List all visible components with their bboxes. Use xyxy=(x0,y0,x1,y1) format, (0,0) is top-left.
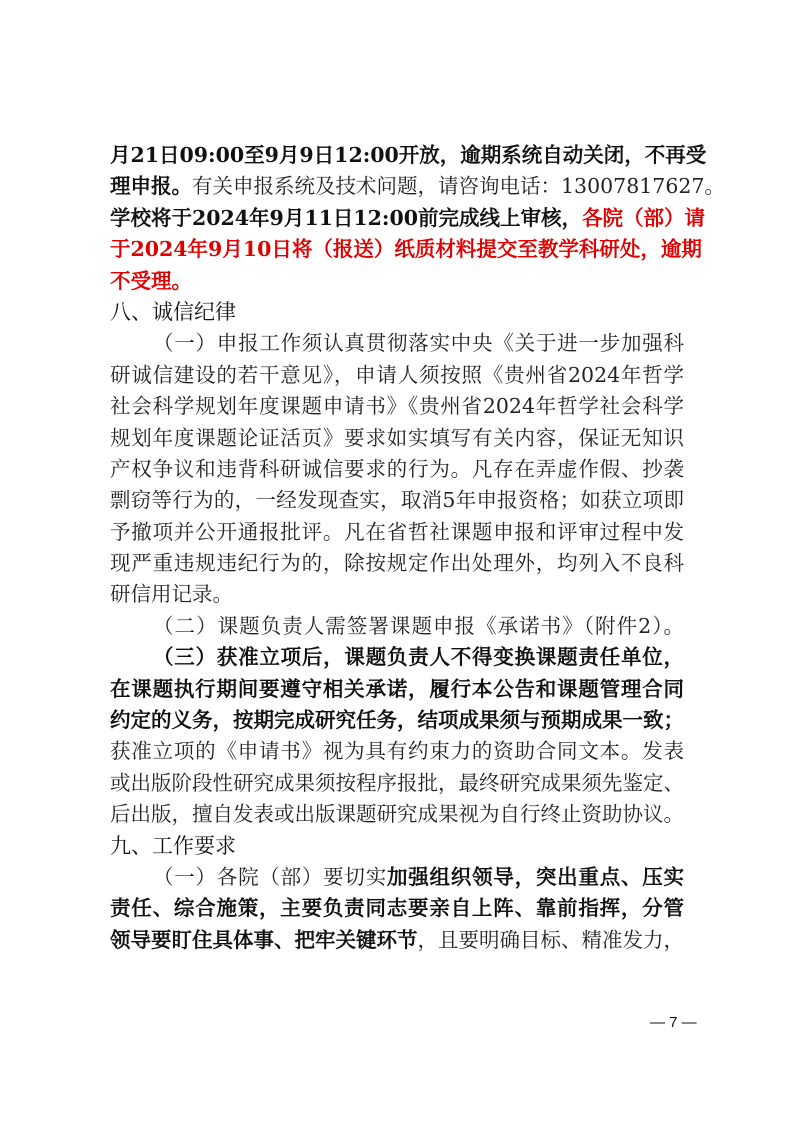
text-line: 学校将于2024年9月11日12:00前完成线上审核，各院（部）请 xyxy=(110,203,684,234)
body-text: （二）课题负责人需签署课题申报《承诺书》（附件2）。 xyxy=(153,614,684,638)
section-heading: 八、诚信纪律 xyxy=(110,297,684,328)
highlighted-text: 不受理。 xyxy=(110,269,192,293)
text-line: （二）课题负责人需签署课题申报《承诺书》（附件2）。 xyxy=(110,611,684,642)
body-text: （一）各院（部）要切实 xyxy=(153,865,387,889)
text-line: （一）各院（部）要切实加强组织领导，突出重点、压实 xyxy=(110,862,684,893)
text-line: 后出版，擅自发表或出版课题研究成果视为自行终止资助协议。 xyxy=(110,799,684,830)
document-page: 月21日09:00至9月9日12:00开放，逾期系统自动关闭，不再受理申报。有关… xyxy=(0,0,794,1122)
text-line: 领导要盯住具体事、把牢关键环节，且要明确目标、精准发力， xyxy=(110,925,684,956)
text-line: 在课题执行期间要遵守相关承诺，履行本公告和课题管理合同 xyxy=(110,674,684,705)
body-text: 获准立项的《申请书》视为具有约束力的资助合同文本。发表 xyxy=(110,739,684,763)
body-text: （一）申报工作须认真贯彻落实中央《关于进一步加强科 xyxy=(153,331,684,355)
body-text: 有关申报系统及技术问题，请咨询电话：13007817627。 xyxy=(192,174,725,198)
text-line: 理申报。有关申报系统及技术问题，请咨询电话：13007817627。 xyxy=(110,171,684,202)
body-text: 产权争议和违背科研诚信要求的行为。凡存在弄虚作假、抄袭 xyxy=(110,457,684,481)
text-line: 或出版阶段性研究成果须按程序报批，最终研究成果须先鉴定、 xyxy=(110,768,684,799)
text-line: 产权争议和违背科研诚信要求的行为。凡存在弄虚作假、抄袭 xyxy=(110,454,684,485)
body-text: 九、工作要求 xyxy=(110,834,236,858)
text-line: 予撤项并公开通报批评。凡在省哲社课题申报和评审过程中发 xyxy=(110,517,684,548)
body-text: 研诚信建设的若干意见》，申请人须按照《贵州省2024年哲学 xyxy=(110,363,684,387)
text-line: 现严重违规违纪行为的，除按规定作出处理外，均列入不良科 xyxy=(110,548,684,579)
bold-text: 学校将于2024年9月11日12:00前完成线上审核， xyxy=(110,206,582,230)
text-line: 研诚信建设的若干意见》，申请人须按照《贵州省2024年哲学 xyxy=(110,360,684,391)
text-line: 研信用记录。 xyxy=(110,579,684,610)
body-text: 社会科学规划年度课题申请书》《贵州省2024年哲学社会科学 xyxy=(110,394,684,418)
body-text: 规划年度课题论证活页》要求如实填写有关内容，保证无知识 xyxy=(110,426,684,450)
bold-text: 约定的义务，按期完成研究任务，结项成果须与预期成果一致； xyxy=(110,708,684,732)
page-number: — 7 — xyxy=(650,1014,697,1031)
document-body: 月21日09:00至9月9日12:00开放，逾期系统自动关闭，不再受理申报。有关… xyxy=(110,140,684,956)
body-text: 或出版阶段性研究成果须按程序报批，最终研究成果须先鉴定、 xyxy=(110,771,684,795)
section-heading: 九、工作要求 xyxy=(110,831,684,862)
bold-text: 领导要盯住具体事、把牢关键环节 xyxy=(110,928,418,952)
text-line: 于2024年9月10日将（报送）纸质材料提交至教学科研处，逾期 xyxy=(110,234,684,265)
bold-text: 责任、综合施策，主要负责同志要亲自上阵、靠前指挥，分管 xyxy=(110,896,684,920)
body-text: 剽窃等行为的，一经发现查实，取消5年申报资格；如获立项即 xyxy=(110,488,684,512)
text-line: 责任、综合施策，主要负责同志要亲自上阵、靠前指挥，分管 xyxy=(110,893,684,924)
body-text: ，且要明确目标、精准发力， xyxy=(418,928,685,952)
text-line: 获准立项的《申请书》视为具有约束力的资助合同文本。发表 xyxy=(110,736,684,767)
bold-text: 理申报。 xyxy=(110,174,192,198)
text-line: 规划年度课题论证活页》要求如实填写有关内容，保证无知识 xyxy=(110,423,684,454)
bold-text: 加强组织领导，突出重点、压实 xyxy=(387,865,684,889)
text-line: 不受理。 xyxy=(110,266,684,297)
body-text: 予撤项并公开通报批评。凡在省哲社课题申报和评审过程中发 xyxy=(110,520,684,544)
text-line: 剽窃等行为的，一经发现查实，取消5年申报资格；如获立项即 xyxy=(110,485,684,516)
body-text: 后出版，擅自发表或出版课题研究成果视为自行终止资助协议。 xyxy=(110,802,684,826)
body-text: 研信用记录。 xyxy=(110,582,233,606)
body-text: 现严重违规违纪行为的，除按规定作出处理外，均列入不良科 xyxy=(110,551,684,575)
text-line: （一）申报工作须认真贯彻落实中央《关于进一步加强科 xyxy=(110,328,684,359)
bold-text: 在课题执行期间要遵守相关承诺，履行本公告和课题管理合同 xyxy=(110,677,684,701)
text-line: 月21日09:00至9月9日12:00开放，逾期系统自动关闭，不再受 xyxy=(110,140,684,171)
text-line: 社会科学规划年度课题申请书》《贵州省2024年哲学社会科学 xyxy=(110,391,684,422)
highlighted-text: 于2024年9月10日将（报送）纸质材料提交至教学科研处，逾期 xyxy=(110,237,702,261)
highlighted-text: 各院（部）请 xyxy=(582,206,705,230)
bold-text: 月21日09:00至9月9日12:00开放，逾期系统自动关闭，不再受 xyxy=(110,143,706,167)
body-text: 八、诚信纪律 xyxy=(110,300,236,324)
bold-text: （三）获准立项后，课题负责人不得变换课题责任单位， xyxy=(153,645,684,669)
text-line: 约定的义务，按期完成研究任务，结项成果须与预期成果一致； xyxy=(110,705,684,736)
text-line: （三）获准立项后，课题负责人不得变换课题责任单位， xyxy=(110,642,684,673)
